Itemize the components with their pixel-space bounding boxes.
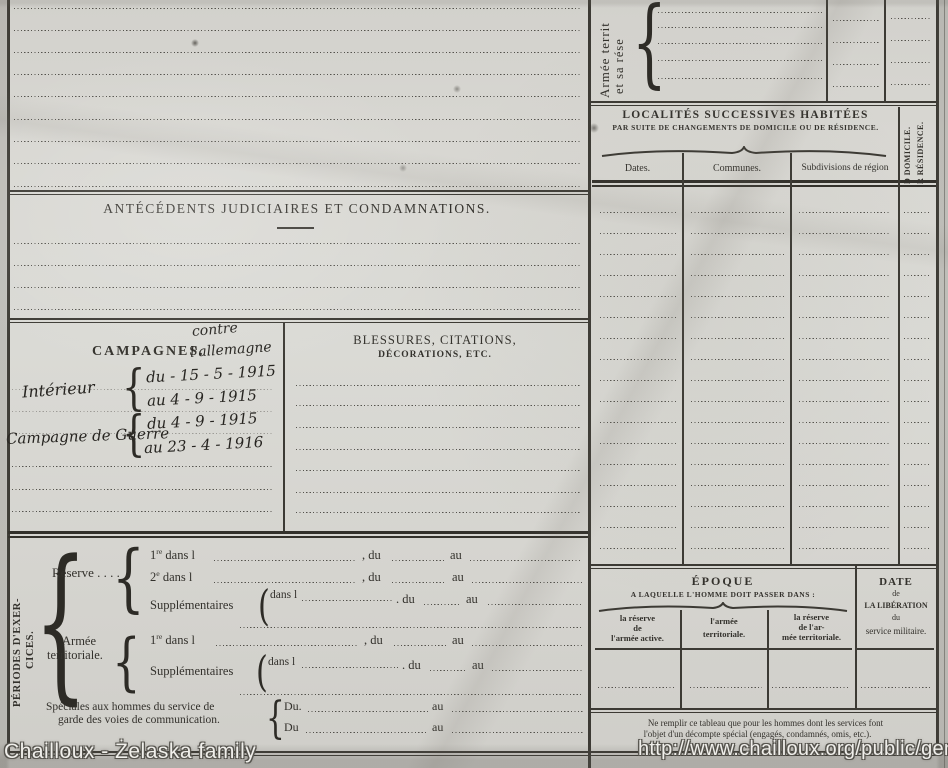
- dotted-rule-line: [14, 74, 580, 76]
- dotted-rule-line: [904, 275, 930, 277]
- dotted-rule-line: [600, 275, 676, 277]
- dotted-rule-line: [799, 485, 891, 487]
- dotted-rule-line: [214, 582, 356, 584]
- dotted-rule-line: [296, 427, 580, 429]
- dotted-rule-line: [833, 86, 879, 88]
- reserve-row1-du: , du: [362, 549, 381, 563]
- dotted-rule-line: [472, 645, 582, 647]
- dotted-rule-line: [470, 560, 582, 562]
- dotted-rule-line: [799, 506, 891, 508]
- dotted-rule-line: [904, 548, 930, 550]
- localites-col-dates: Dates.: [593, 163, 682, 174]
- scan-edge-line: [944, 0, 945, 768]
- dotted-rule-line: [600, 401, 676, 403]
- speciales-label-line2: garde des voies de communication.: [58, 714, 220, 727]
- dotted-rule-line: [799, 443, 891, 445]
- dotted-rule-line: [799, 464, 891, 466]
- periodes-side-label-line1: PÉRIODES D'EXER-: [12, 598, 24, 707]
- dotted-rule-line: [799, 317, 891, 319]
- dotted-rule-line: [799, 422, 891, 424]
- dotted-rule-line: [691, 401, 785, 403]
- dotted-rule-line: [392, 582, 444, 584]
- dotted-rule-line: [600, 548, 676, 550]
- dotted-rule-line: [799, 338, 891, 340]
- dotted-rule-line: [296, 492, 580, 494]
- dotted-rule-line: [799, 275, 891, 277]
- dotted-rule-line: [833, 64, 879, 66]
- dotted-rule-line: [891, 62, 931, 64]
- dotted-rule-line: [430, 670, 466, 672]
- dotted-rule-line: [600, 485, 676, 487]
- reserve-row2-du: , du: [362, 571, 381, 585]
- dotted-rule-line: [14, 119, 580, 121]
- dotted-rule-line: [799, 254, 891, 256]
- dotted-rule-line: [833, 20, 879, 22]
- dotted-rule-line: [600, 464, 676, 466]
- speciales-row1-au: au: [432, 700, 443, 713]
- dotted-rule-line: [14, 265, 580, 267]
- localites-subtitle: PAR SUITE DE CHANGEMENTS DE DOMICILE OU …: [593, 124, 898, 132]
- dotted-rule-line: [296, 470, 580, 472]
- dotted-rule-line: [14, 96, 580, 98]
- epoque-col3-line2: de l'ar-: [769, 623, 854, 632]
- dotted-rule-line: [600, 527, 676, 529]
- dotted-rule-line: [690, 687, 762, 689]
- epoque-col2-line2: territoriale.: [682, 630, 766, 639]
- dotted-rule-line: [658, 60, 822, 62]
- divider-topright-1: [826, 0, 828, 101]
- dotted-rule-line: [12, 466, 274, 468]
- dotted-rule-line: [833, 42, 879, 44]
- dotted-rule-line: [600, 359, 676, 361]
- dotted-rule-line: [691, 548, 785, 550]
- dotted-rule-line: [14, 8, 580, 10]
- dotted-rule-line: [12, 511, 274, 513]
- dotted-rule-line: [488, 604, 583, 606]
- localites-side-label-residence: R RÉSIDENCE.: [917, 122, 926, 184]
- epoque-col1-line1: la réserve: [595, 614, 680, 623]
- dotted-rule-line: [14, 243, 580, 245]
- speciales-row2-au: au: [432, 721, 443, 734]
- divider-localites-1: [682, 153, 684, 566]
- dotted-rule-line: [308, 711, 428, 713]
- reserve-brace: {: [112, 541, 145, 615]
- watermark-family: Chailloux - Żelaska family: [4, 740, 256, 764]
- antecedents-title: ANTÉCÉDENTS JUDICIAIRES ET CONDAMNATIONS…: [8, 202, 586, 217]
- dotted-rule-line: [14, 163, 580, 165]
- reserve-row1-label: 1re dans l: [150, 549, 195, 563]
- footnote-line1: Ne remplir ce tableau que pour les homme…: [593, 719, 938, 729]
- reserve-supp-du: . du: [396, 593, 415, 607]
- dotted-rule-line: [658, 12, 822, 14]
- dotted-rule-line: [904, 380, 930, 382]
- dotted-rule-line: [14, 52, 580, 54]
- dotted-rule-line: [904, 401, 930, 403]
- localites-side-label-domicile: D DOMICILE.: [904, 126, 913, 184]
- localites-header-brace: [600, 146, 888, 158]
- dotted-rule-line: [691, 275, 785, 277]
- dotted-rule-line: [691, 443, 785, 445]
- dotted-rule-line: [14, 287, 580, 289]
- dotted-rule-line: [240, 694, 583, 696]
- campagne-row2-du: du 4 - 9 - 1915: [147, 410, 258, 432]
- epoque-subtitle: A LAQUELLE L'HOMME DOIT PASSER DANS :: [593, 591, 853, 599]
- dotted-rule-line: [799, 212, 891, 214]
- armee-row1-du: , du: [364, 634, 383, 648]
- epoque-title: ÉPOQUE: [593, 575, 853, 588]
- dotted-rule-line: [904, 338, 930, 340]
- dotted-rule-line: [904, 527, 930, 529]
- blessures-title-line2: DÉCORATIONS, ETC.: [285, 350, 585, 360]
- date-col-line5: service militaire.: [857, 627, 935, 637]
- dotted-rule-line: [600, 296, 676, 298]
- dotted-rule-line: [424, 604, 460, 606]
- dotted-rule-line: [600, 338, 676, 340]
- rule-left-2: [8, 318, 588, 323]
- dotted-rule-line: [799, 359, 891, 361]
- dotted-rule-line: [296, 449, 580, 451]
- dotted-rule-line: [302, 600, 392, 602]
- dotted-rule-line: [14, 30, 580, 32]
- dotted-rule-line: [691, 359, 785, 361]
- dotted-rule-line: [492, 670, 583, 672]
- speciales-row1-du: Du.: [284, 700, 302, 713]
- dotted-rule-line: [12, 389, 274, 391]
- dotted-rule-line: [799, 527, 891, 529]
- dotted-rule-line: [600, 443, 676, 445]
- armee-label-line1: Armée: [62, 635, 96, 649]
- date-col-line3: LA LIBÉRATION: [857, 602, 935, 611]
- dotted-rule-line: [296, 405, 580, 407]
- dotted-rule-line: [600, 317, 676, 319]
- rule-epoque-bottom: [591, 708, 936, 713]
- dotted-rule-line: [691, 338, 785, 340]
- dotted-rule-line: [302, 667, 398, 669]
- campagnes-note-line1: contre: [191, 321, 238, 340]
- speciales-brace: {: [266, 696, 285, 740]
- armee-supp-paren: (: [256, 651, 268, 693]
- epoque-col3-line3: mée territoriale.: [769, 633, 854, 642]
- dotted-rule-line: [216, 645, 358, 647]
- dotted-rule-line: [296, 512, 580, 514]
- dotted-rule-line: [240, 627, 583, 629]
- dotted-rule-line: [904, 464, 930, 466]
- reserve-row1-au: au: [450, 549, 462, 563]
- dotted-rule-line: [904, 443, 930, 445]
- reserve-supp-dansl: dans l: [270, 589, 297, 602]
- campagne-row2-au: au 23 - 4 - 1916: [144, 434, 264, 457]
- dotted-rule-line: [891, 18, 931, 20]
- dotted-rule-line: [296, 385, 580, 387]
- campagnes-title: CAMPAGNES.: [92, 344, 205, 359]
- periodes-outer-brace: {: [34, 538, 87, 706]
- dotted-rule-line: [214, 560, 356, 562]
- rule-epoque-header-left: [595, 648, 852, 650]
- dotted-rule-line: [14, 309, 580, 311]
- rule-localites-header: [592, 180, 936, 187]
- dotted-rule-line: [904, 296, 930, 298]
- date-col-line2: de: [857, 590, 935, 599]
- dotted-rule-line: [691, 422, 785, 424]
- rule-epoque-header-date: [857, 648, 934, 650]
- reserve-row2-label: 2e dans l: [150, 571, 192, 585]
- speciales-row2-du: Du: [284, 721, 299, 734]
- dotted-rule-line: [904, 254, 930, 256]
- dotted-rule-line: [691, 317, 785, 319]
- rule-localites-bottom: [591, 564, 936, 569]
- dotted-rule-line: [600, 212, 676, 214]
- dotted-rule-line: [691, 380, 785, 382]
- dotted-rule-line: [658, 27, 822, 29]
- localites-title: LOCALITÉS SUCCESSIVES HABITÉES: [593, 109, 898, 122]
- left-page-border: [7, 0, 10, 756]
- dotted-rule-line: [691, 527, 785, 529]
- antecedents-dash: [277, 227, 314, 229]
- armee-terr-side-label-line2: et sa rése: [613, 38, 627, 94]
- armee-row1-label: 1re dans l: [150, 634, 195, 648]
- dotted-rule-line: [658, 78, 822, 80]
- dotted-rule-line: [691, 464, 785, 466]
- date-col-line4: du: [857, 614, 935, 623]
- watermark-url: http://www.chailloux.org/public/geneal/: [638, 738, 948, 761]
- reserve-label: Réserve . . . .: [52, 566, 120, 580]
- dotted-rule-line: [861, 687, 931, 689]
- speciales-label-line1: Spéciales aux hommes du service de: [46, 701, 214, 714]
- rule-left-3: [8, 531, 588, 538]
- campagnes-note-line2: l'allemagne: [190, 340, 273, 361]
- epoque-col3-line1: la réserve: [769, 613, 854, 622]
- dotted-rule-line: [799, 401, 891, 403]
- right-page-border: [936, 0, 939, 752]
- dotted-rule-line: [891, 84, 931, 86]
- document-page: ANTÉCÉDENTS JUDICIAIRES ET CONDAMNATIONS…: [0, 0, 948, 768]
- reserve-row2-au: au: [452, 571, 464, 585]
- rule-right-top: [591, 101, 936, 106]
- divider-localites-3: [898, 107, 900, 566]
- date-col-line1: DATE: [857, 576, 935, 588]
- dotted-rule-line: [691, 254, 785, 256]
- dotted-rule-line: [598, 687, 674, 689]
- center-gutter-line: [588, 0, 591, 768]
- dotted-rule-line: [12, 411, 274, 413]
- dotted-rule-line: [306, 732, 428, 734]
- armee-label-line2: territoriale.: [47, 649, 103, 663]
- dotted-rule-line: [904, 485, 930, 487]
- reserve-supp-au: au: [466, 593, 478, 607]
- dotted-rule-line: [600, 233, 676, 235]
- divider-localites-2: [790, 153, 792, 566]
- dotted-rule-line: [904, 422, 930, 424]
- dotted-rule-line: [392, 560, 444, 562]
- dotted-rule-line: [600, 506, 676, 508]
- dotted-rule-line: [904, 359, 930, 361]
- rule-left-1: [8, 190, 588, 195]
- dotted-rule-line: [891, 40, 931, 42]
- localites-col-communes: Communes.: [684, 163, 790, 174]
- dotted-rule-line: [600, 254, 676, 256]
- dotted-rule-line: [600, 422, 676, 424]
- dotted-rule-line: [691, 212, 785, 214]
- dotted-rule-line: [799, 548, 891, 550]
- armee-supp-du: . du: [402, 659, 421, 673]
- epoque-col2-line1: l'armée: [682, 617, 766, 626]
- armee-row1-au: au: [452, 634, 464, 648]
- epoque-col1-line3: l'armée active.: [595, 634, 680, 643]
- dotted-rule-line: [772, 687, 850, 689]
- dotted-rule-line: [799, 233, 891, 235]
- divider-topright-2: [884, 0, 886, 101]
- blessures-title-line1: BLESSURES, CITATIONS,: [285, 334, 585, 348]
- campagne-row1-du: du - 15 - 5 - 1915: [146, 363, 277, 386]
- dotted-rule-line: [14, 186, 580, 188]
- reserve-supp-paren: (: [258, 585, 270, 627]
- dotted-rule-line: [452, 711, 583, 713]
- dotted-rule-line: [691, 506, 785, 508]
- dotted-rule-line: [658, 43, 822, 45]
- dotted-rule-line: [691, 485, 785, 487]
- dotted-rule-line: [14, 141, 580, 143]
- armee-brace: {: [112, 631, 141, 694]
- dotted-rule-line: [394, 645, 446, 647]
- dotted-rule-line: [691, 296, 785, 298]
- dotted-rule-line: [904, 317, 930, 319]
- reserve-supp-label: Supplémentaires: [150, 599, 233, 613]
- dotted-rule-line: [600, 380, 676, 382]
- armee-supp-label: Supplémentaires: [150, 665, 233, 679]
- dotted-rule-line: [904, 506, 930, 508]
- dotted-rule-line: [799, 380, 891, 382]
- dotted-rule-line: [799, 296, 891, 298]
- localites-col-subdivisions: Subdivisions de région: [792, 163, 898, 173]
- dotted-rule-line: [12, 489, 274, 491]
- armee-supp-dansl: dans l: [268, 656, 295, 669]
- epoque-col1-line2: de: [595, 624, 680, 633]
- dotted-rule-line: [12, 433, 274, 435]
- armee-terr-side-label-line1: Armée territ: [598, 22, 612, 98]
- armee-supp-au: au: [472, 659, 484, 673]
- dotted-rule-line: [691, 233, 785, 235]
- dotted-rule-line: [904, 212, 930, 214]
- dotted-rule-line: [452, 732, 583, 734]
- dotted-rule-line: [472, 582, 582, 584]
- dotted-rule-line: [904, 233, 930, 235]
